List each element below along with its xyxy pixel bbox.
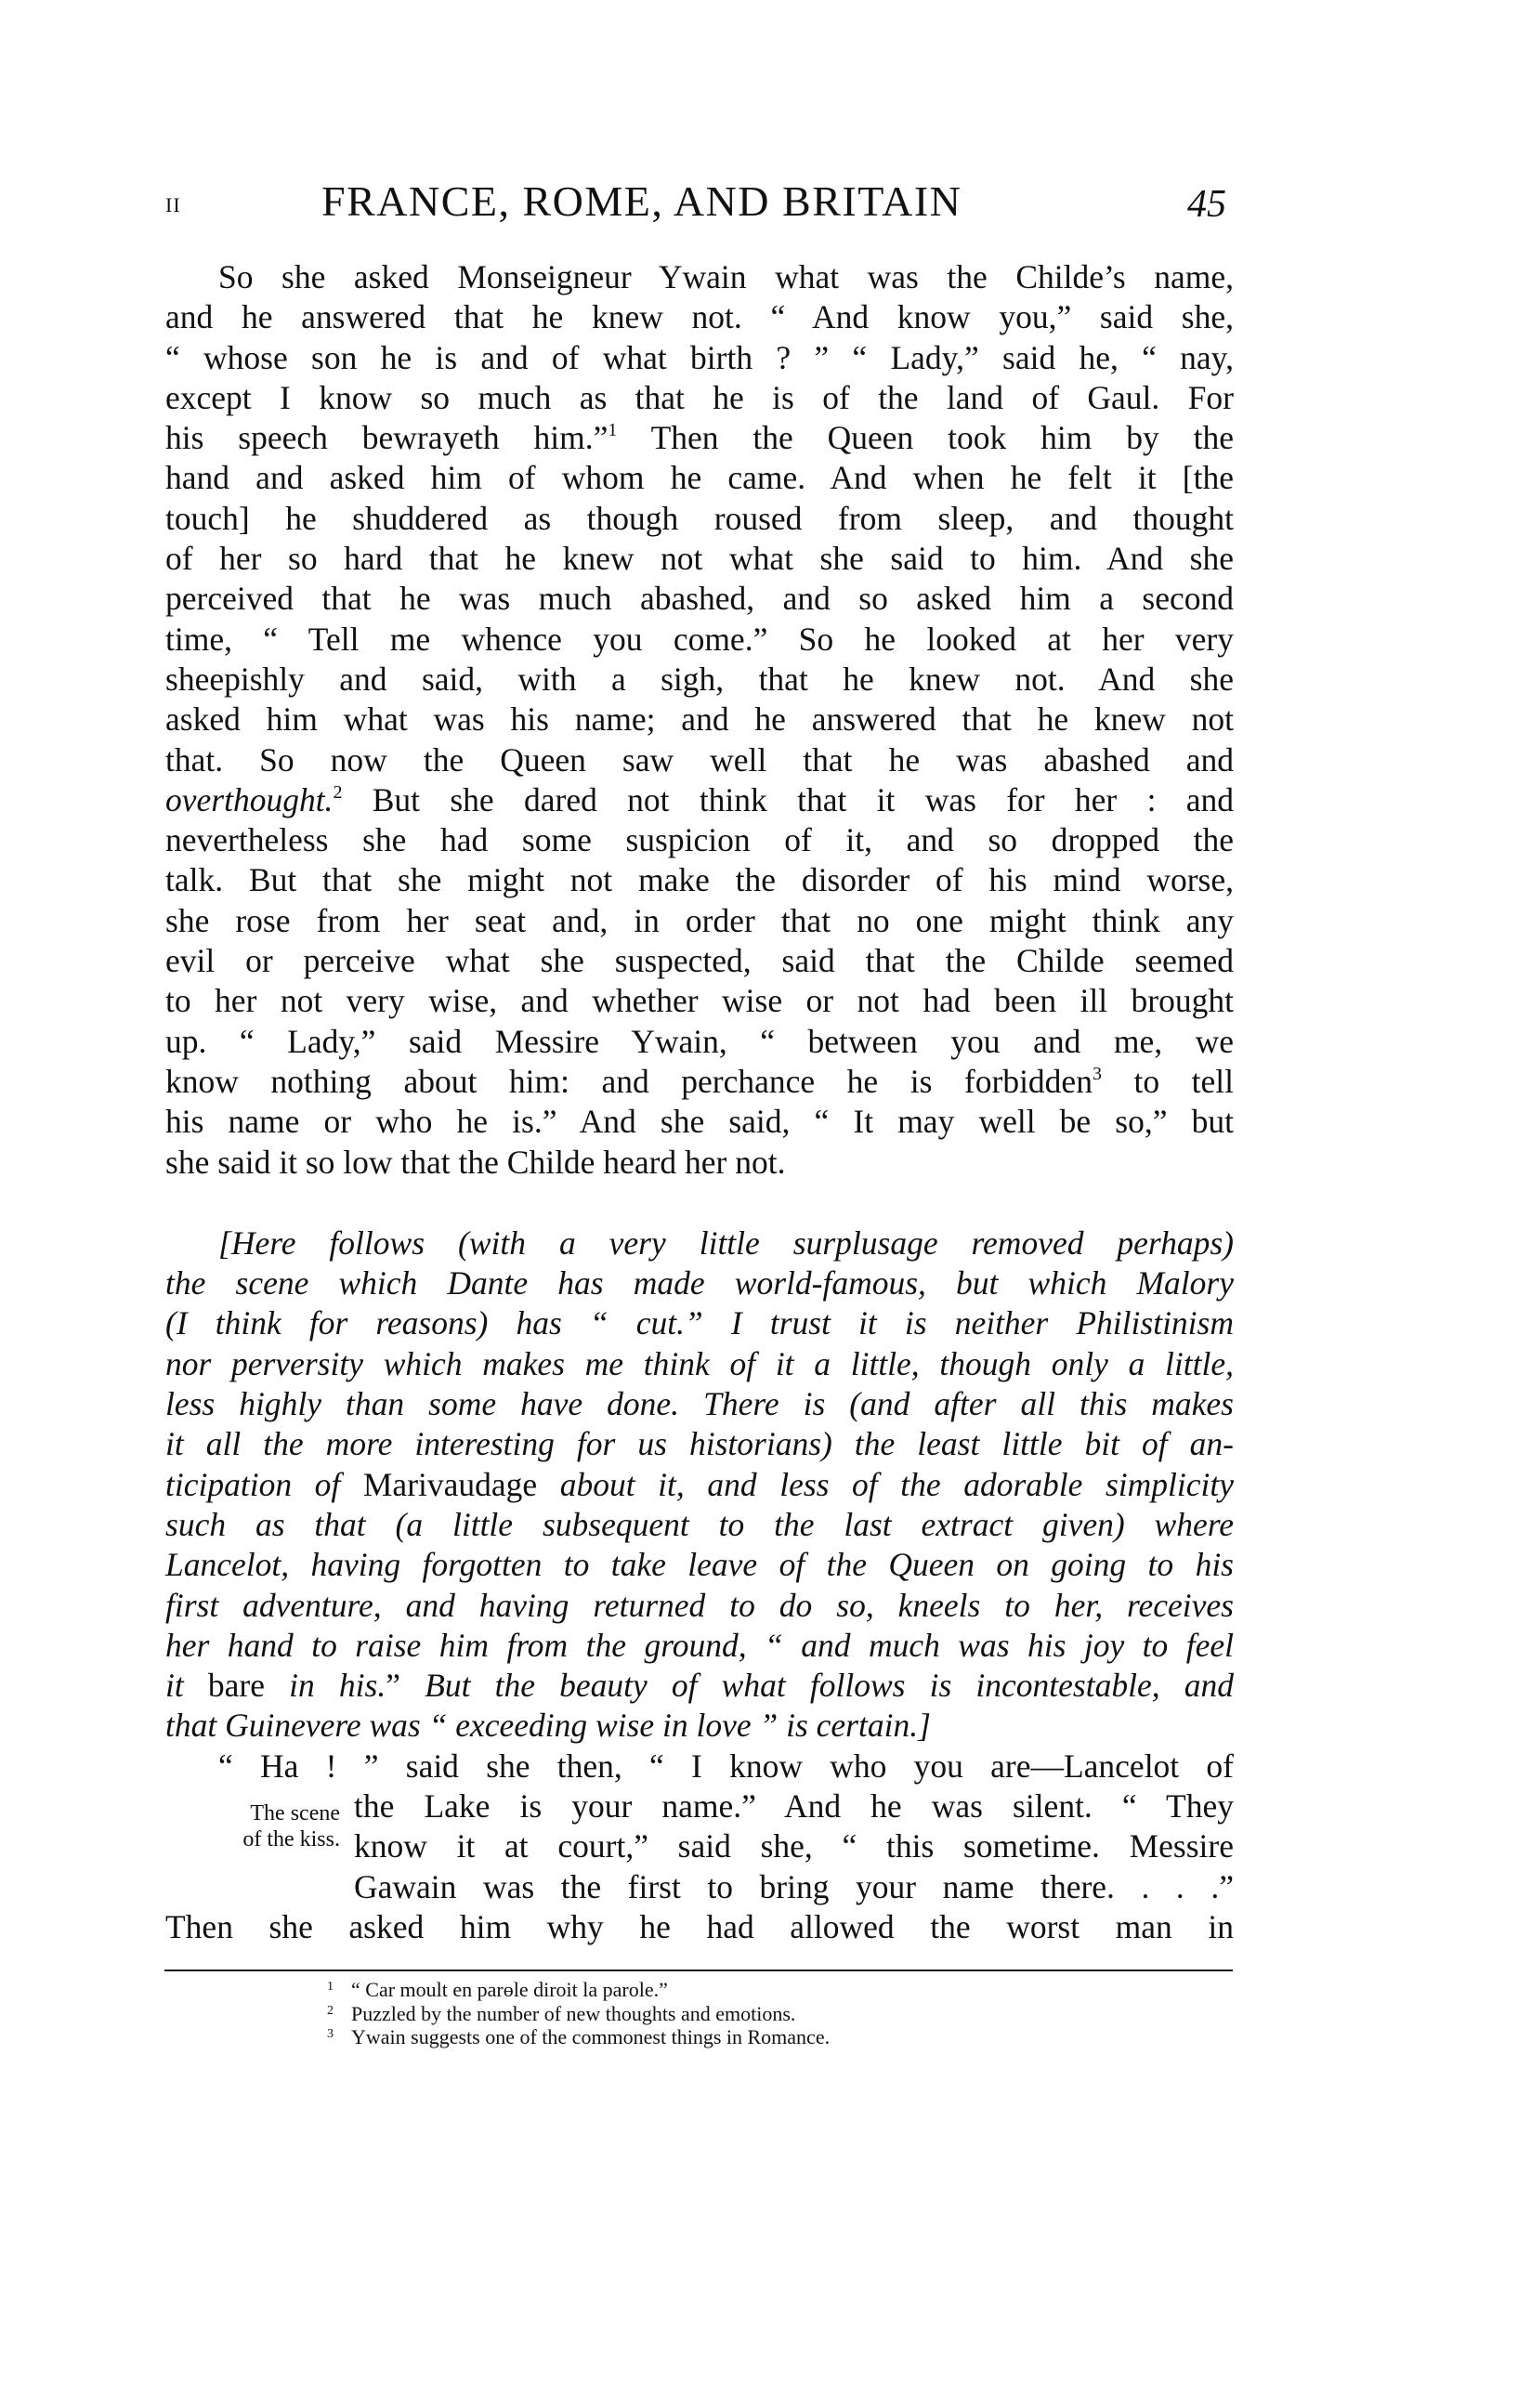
text-span: his speech bewrayeth him.” — [165, 419, 608, 456]
text-span: about it, and less of the adorable simpl… — [560, 1466, 1234, 1503]
text-line: overthought.2 But she dared not think th… — [165, 780, 1234, 820]
text-line: she rose from her seat and, in order tha… — [165, 901, 1234, 941]
footnote-ref-3[interactable]: 3 — [1093, 1064, 1102, 1084]
roman-word: bare — [184, 1667, 289, 1704]
footnote-ref-1[interactable]: 1 — [608, 420, 617, 440]
text-line: of her so hard that he knew not what she… — [165, 539, 1234, 579]
text-line: So she asked Monseigneur Ywain what was … — [165, 257, 1234, 297]
text-span: Then the Queen took him by the — [617, 419, 1234, 456]
footnote-text: Puzzled by the number of new thoughts an… — [351, 2002, 795, 2025]
text-span: ticipation of — [165, 1466, 340, 1503]
footnote-text: Ywain suggests one of the commonest thin… — [351, 2025, 830, 2048]
text-line: that. So now the Queen saw well that he … — [165, 740, 1234, 780]
footnote-3: 3Ywain suggests one of the commonest thi… — [327, 2024, 830, 2048]
paragraph-3: “ Ha ! ” said she then, “ I know who you… — [165, 1747, 1234, 1947]
text-line: “ whose son he is and of what birth ? ” … — [165, 338, 1234, 378]
text-line: Lancelot, having forgotten to take leave… — [165, 1545, 1234, 1585]
text-line: Gawain was the first to bring your name … — [354, 1867, 1234, 1907]
footnote-1: 1“ Car moult en parɵle diroit la parole.… — [327, 1977, 830, 2001]
footnote-text: “ Car moult en parɵle diroit la parole.” — [351, 1978, 668, 2001]
footnote-number: 1 — [327, 1977, 351, 1998]
text-line: such as that (a little subsequent to the… — [165, 1505, 1234, 1545]
footnote-number: 2 — [327, 2001, 351, 2022]
text-line: except I know so much as that he is of t… — [165, 378, 1234, 418]
side-note-line: of the kiss. — [182, 1826, 340, 1852]
text-line: and he answered that he knew not. “ And … — [165, 297, 1234, 337]
footnote-ref-2[interactable]: 2 — [333, 782, 342, 803]
text-line: she said it so low that the Childe heard… — [165, 1143, 1234, 1183]
text-line: know it at court,” said she, “ this some… — [354, 1826, 1234, 1866]
text-line: less highly than some have done. There i… — [165, 1384, 1234, 1424]
text-line: his name or who he is.” And she said, “ … — [165, 1102, 1234, 1142]
footnotes: 1“ Car moult en parɵle diroit la parole.… — [327, 1977, 830, 2048]
text-line: hand and asked him of whom he came. And … — [165, 458, 1234, 498]
paragraph-gap — [165, 1183, 1234, 1224]
text-span: in his. — [289, 1667, 386, 1704]
side-note-line: The scene — [182, 1800, 340, 1826]
footnote-2: 2Puzzled by the number of new thoughts a… — [327, 2001, 830, 2025]
paragraph-2-editorial: [Here follows (with a very little surplu… — [165, 1224, 1234, 1747]
text-line: nor perversity which makes me think of i… — [165, 1344, 1234, 1384]
running-head: II FRANCE, ROME, AND BRITAIN 45 — [165, 177, 1234, 229]
text-line: his speech bewrayeth him.”1 Then the Que… — [165, 418, 1234, 458]
body-text: So she asked Monseigneur Ywain what was … — [165, 257, 1234, 1947]
text-line: Then she asked him why he had allowed th… — [165, 1907, 1234, 1947]
text-line: perceived that he was much abashed, and … — [165, 579, 1234, 619]
text-line: the scene which Dante has made world-fam… — [165, 1263, 1234, 1303]
text-line: it bare in his.” But the beauty of what … — [165, 1666, 1234, 1706]
text-line: asked him what was his name; and he answ… — [165, 700, 1234, 739]
text-line: sheepishly and said, with a sigh, that h… — [165, 660, 1234, 700]
side-note: The scene of the kiss. — [182, 1800, 340, 1852]
text-line: time, “ Tell me whence you come.” So he … — [165, 620, 1234, 660]
book-page: II FRANCE, ROME, AND BRITAIN 45 So she a… — [0, 0, 1531, 2408]
text-span: it — [165, 1667, 184, 1704]
text-line: ticipation of Marivaudage about it, and … — [165, 1465, 1234, 1505]
text-line: her hand to raise him from the ground, “… — [165, 1626, 1234, 1666]
chapter-number: II — [165, 193, 181, 217]
text-line: touch] he shuddered as though roused fro… — [165, 499, 1234, 539]
text-line: first adventure, and having returned to … — [165, 1586, 1234, 1626]
text-line: to her not very wise, and whether wise o… — [165, 981, 1234, 1021]
text-line: [Here follows (with a very little surplu… — [165, 1224, 1234, 1263]
roman-word: Marivaudage — [340, 1466, 559, 1503]
text-line: the Lake is your name.” And he was silen… — [354, 1786, 1234, 1826]
text-span: to tell — [1102, 1063, 1234, 1100]
italic-word: overthought. — [165, 781, 333, 818]
footnote-rule — [164, 1970, 1233, 1971]
text-line: evil or perceive what she suspected, sai… — [165, 941, 1234, 981]
cutin-text: the Lake is your name.” And he was silen… — [354, 1786, 1234, 1907]
text-line: it all the more interesting for us histo… — [165, 1424, 1234, 1464]
text-line: nevertheless she had some suspicion of i… — [165, 820, 1234, 860]
text-line: talk. But that she might not make the di… — [165, 860, 1234, 900]
paragraph-1: So she asked Monseigneur Ywain what was … — [165, 257, 1234, 1183]
text-line: up. “ Lady,” said Messire Ywain, “ betwe… — [165, 1022, 1234, 1062]
text-span: But the beauty of what follows is incont… — [400, 1667, 1234, 1704]
text-line: (I think for reasons) has “ cut.” I trus… — [165, 1303, 1234, 1343]
roman-word: ” — [386, 1667, 400, 1704]
text-line: that Guinevere was “ exceeding wise in l… — [165, 1706, 1234, 1746]
text-line: know nothing about him: and perchance he… — [165, 1062, 1234, 1102]
text-line: “ Ha ! ” said she then, “ I know who you… — [165, 1747, 1234, 1786]
page-number: 45 — [1187, 182, 1226, 227]
text-span: But she dared not think that it was for … — [342, 781, 1234, 818]
text-span: know nothing about him: and perchance he… — [165, 1063, 1093, 1100]
running-title: FRANCE, ROME, AND BRITAIN — [321, 177, 962, 226]
footnote-number: 3 — [327, 2024, 351, 2046]
